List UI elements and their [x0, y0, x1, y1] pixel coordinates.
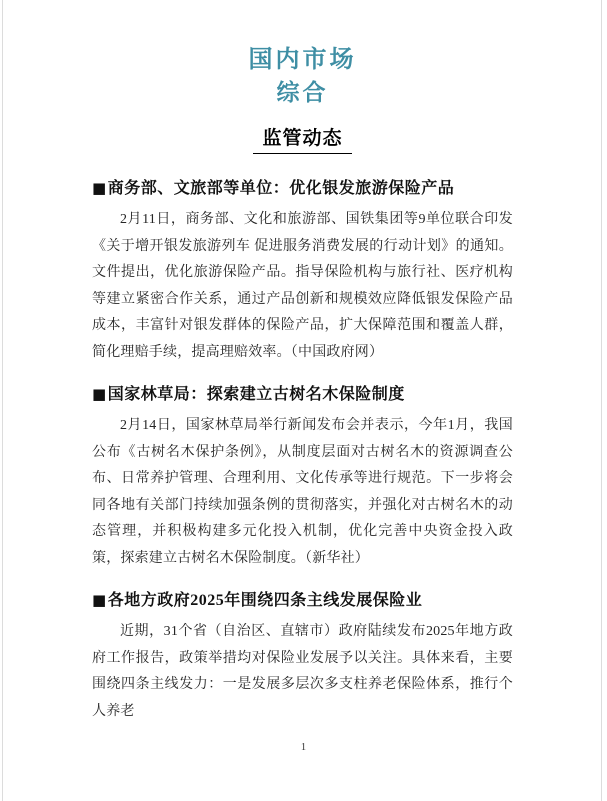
heading-square-marker-icon: ■	[92, 385, 107, 403]
article-body: 近期，31个省（自治区、直辖市）政府陆续发布2025年地方政府工作报告，政策举措…	[92, 619, 513, 725]
document-title-line2: 综合	[92, 78, 513, 108]
document-page: 国内市场 综合 监管动态 ■商务部、文旅部等单位：优化银发旅游保险产品 2月11…	[0, 0, 607, 801]
section-banner-wrap: 监管动态	[92, 126, 513, 154]
article: ■各地方政府2025年围绕四条主线发展保险业 近期，31个省（自治区、直辖市）政…	[92, 589, 513, 725]
page-content: 国内市场 综合 监管动态 ■商务部、文旅部等单位：优化银发旅游保险产品 2月11…	[92, 44, 513, 725]
article: ■国家林草局：探索建立古树名木保险制度 2月14日，国家林草局举行新闻发布会并表…	[92, 383, 513, 572]
article-body: 2月14日，国家林草局举行新闻发布会并表示，今年1月，我国公布《古树名木保护条例…	[92, 413, 513, 572]
section-banner: 监管动态	[253, 126, 351, 154]
article-heading: ■各地方政府2025年围绕四条主线发展保险业	[92, 589, 513, 612]
heading-square-marker-icon: ■	[92, 591, 107, 609]
page-left-edge-line	[2, 0, 3, 801]
article-heading-text: 商务部、文旅部等单位：优化银发旅游保险产品	[108, 180, 455, 197]
article-heading-text: 国家林草局：探索建立古树名木保险制度	[108, 386, 405, 403]
article-heading: ■国家林草局：探索建立古树名木保险制度	[92, 383, 513, 406]
page-number: 1	[0, 742, 607, 753]
article-body: 2月11日，商务部、文化和旅游部、国铁集团等9单位联合印发《关于增开银发旅游列车…	[92, 207, 513, 366]
article: ■商务部、文旅部等单位：优化银发旅游保险产品 2月11日，商务部、文化和旅游部、…	[92, 177, 513, 366]
article-heading: ■商务部、文旅部等单位：优化银发旅游保险产品	[92, 177, 513, 200]
article-heading-text: 各地方政府2025年围绕四条主线发展保险业	[108, 592, 423, 609]
page-right-edge-line	[601, 0, 602, 801]
document-title-line1: 国内市场	[92, 44, 513, 76]
heading-square-marker-icon: ■	[92, 179, 107, 197]
